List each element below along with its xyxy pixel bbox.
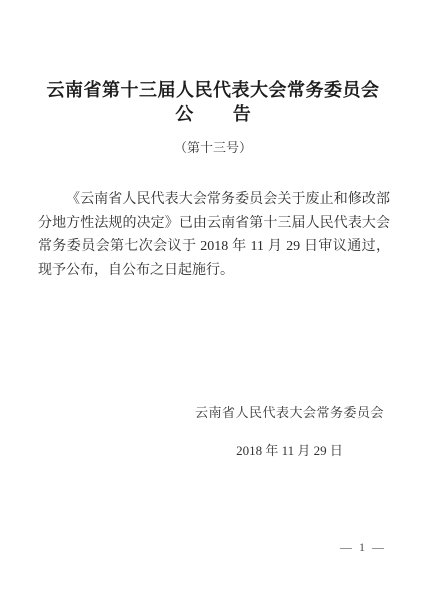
signature-block: 云南省人民代表大会常务委员会 2018 年 11 月 29 日 (195, 402, 384, 459)
signature-authority: 云南省人民代表大会常务委员会 (195, 402, 384, 421)
body-paragraph: 《云南省人民代表大会常务委员会关于废止和修改部分地方性法规的决定》已由云南省第十… (38, 188, 390, 282)
page-number: — 1 — (340, 540, 386, 555)
document-title: 云南省第十三届人民代表大会常务委员会 (0, 76, 426, 102)
gazette-page: 云南省第十三届人民代表大会常务委员会 公 告 （第十三号） 《云南省人民代表大会… (0, 0, 426, 600)
issue-number: （第十三号） (0, 137, 426, 156)
document-title-announcement: 公 告 (0, 100, 426, 126)
signature-date: 2018 年 11 月 29 日 (195, 440, 384, 459)
